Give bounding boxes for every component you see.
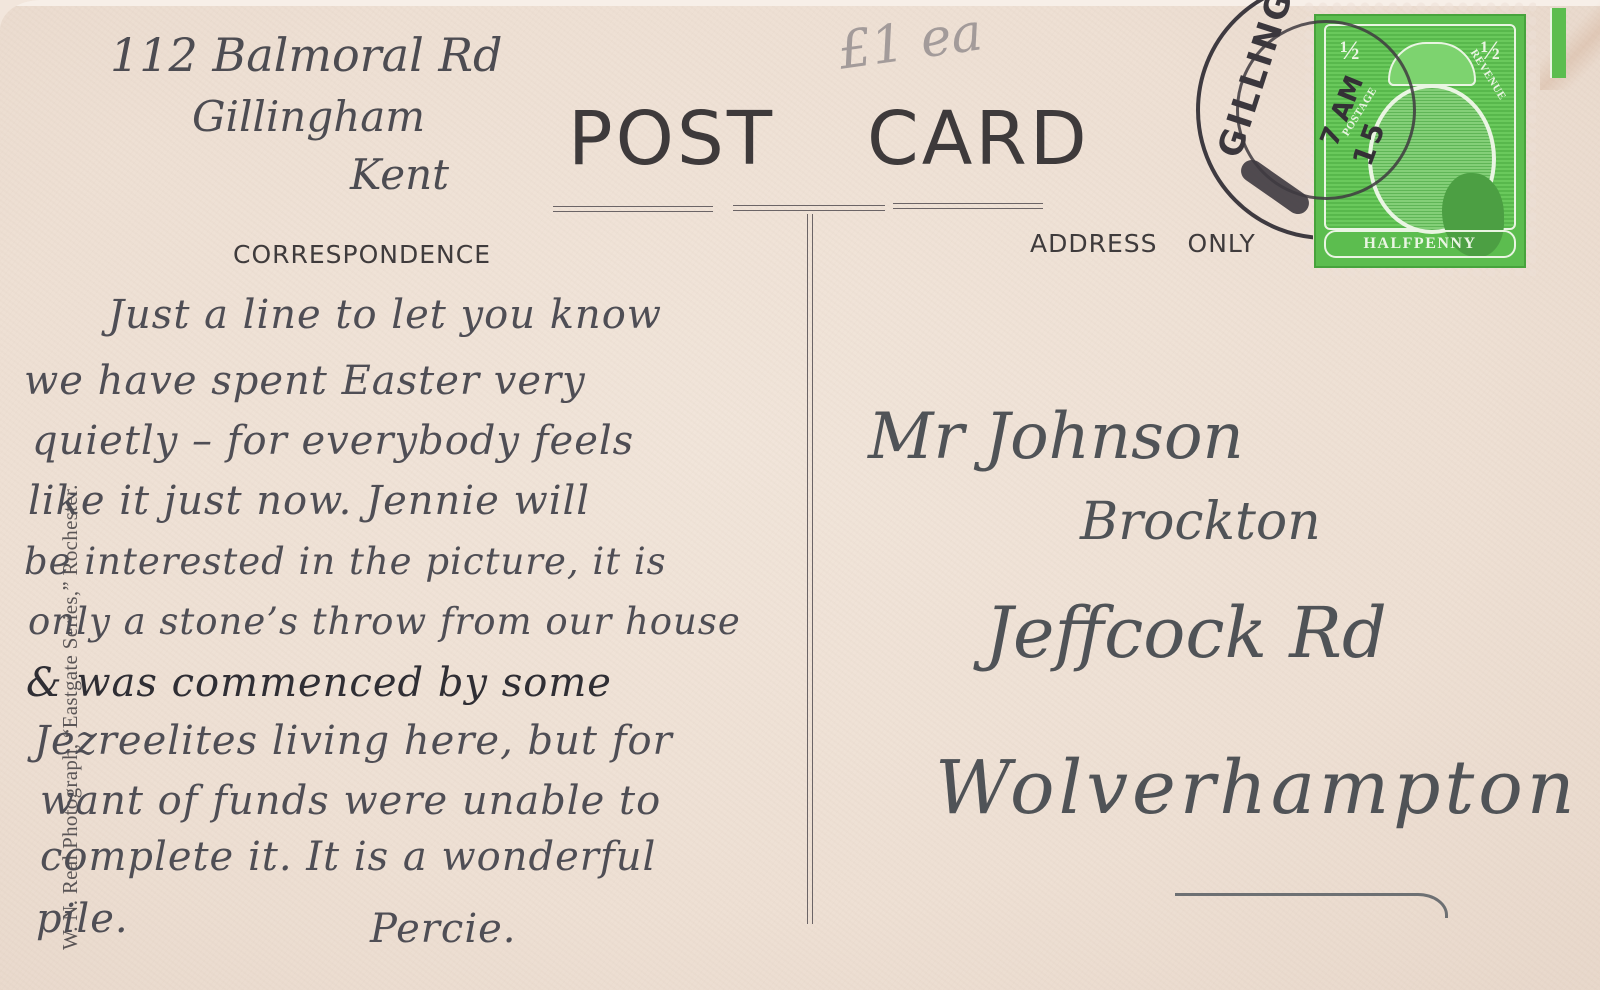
stamp-value-band: HALFPENNY bbox=[1324, 230, 1516, 258]
adjacent-stamp-fragment bbox=[1550, 8, 1566, 78]
sender-address-line-3: Kent bbox=[350, 150, 449, 199]
town-underline-flourish bbox=[1175, 893, 1448, 918]
heading-word-post: POST bbox=[568, 96, 775, 182]
recipient-name: Mr Johnson bbox=[868, 400, 1244, 474]
address-label-word-1: ADDRESS bbox=[1030, 229, 1158, 258]
king-portrait-oval bbox=[1368, 84, 1496, 234]
post-card-heading: POSTCARD bbox=[568, 96, 1090, 182]
crown-icon bbox=[1388, 42, 1476, 86]
message-line: be interested in the picture, it is bbox=[24, 540, 667, 583]
sender-address-line-2: Gillingham bbox=[192, 92, 425, 141]
recipient-house: Brockton bbox=[1080, 492, 1321, 552]
pencil-price-note: £1 ea bbox=[835, 2, 986, 82]
message-line: pile. bbox=[36, 896, 129, 942]
message-line: want of funds were unable to bbox=[40, 778, 661, 824]
sender-address-line-1: 112 Balmoral Rd bbox=[110, 28, 503, 82]
heading-word-card: CARD bbox=[867, 96, 1090, 182]
address-only-label: ADDRESSONLY bbox=[1030, 229, 1256, 258]
heading-rule-left bbox=[553, 206, 713, 212]
stamp-denomination-left: ½ bbox=[1340, 38, 1360, 64]
center-divider-line bbox=[807, 214, 813, 924]
heading-rule-middle bbox=[733, 205, 885, 211]
torn-corner bbox=[1540, 0, 1600, 90]
message-line: complete it. It is a wonderful bbox=[40, 834, 656, 880]
recipient-town: Wolverhampton bbox=[935, 745, 1579, 831]
correspondence-label: CORRESPONDENCE bbox=[233, 240, 491, 269]
message-signature: Percie. bbox=[370, 906, 517, 952]
message-line: we have spent Easter very bbox=[24, 358, 586, 404]
address-label-word-2: ONLY bbox=[1188, 229, 1256, 258]
message-line: only a stone’s throw from our house bbox=[28, 600, 741, 643]
heading-rule-right bbox=[893, 203, 1043, 209]
message-line: & was commenced by some bbox=[26, 660, 612, 706]
message-line: Jezreelites living here, but for bbox=[34, 718, 673, 764]
stamp-frame: ½ ½ POSTAGE REVENUE bbox=[1324, 24, 1516, 230]
postcard-back: £1 ea 112 Balmoral Rd Gillingham Kent PO… bbox=[0, 0, 1600, 990]
halfpenny-stamp: ½ ½ POSTAGE REVENUE HALFPENNY bbox=[1314, 14, 1526, 268]
recipient-street: Jeffcock Rd bbox=[985, 592, 1387, 674]
message-line: Just a line to let you know bbox=[108, 292, 662, 338]
message-line: quietly – for everybody feels bbox=[32, 418, 634, 464]
message-line: like it just now. Jennie will bbox=[28, 478, 590, 524]
